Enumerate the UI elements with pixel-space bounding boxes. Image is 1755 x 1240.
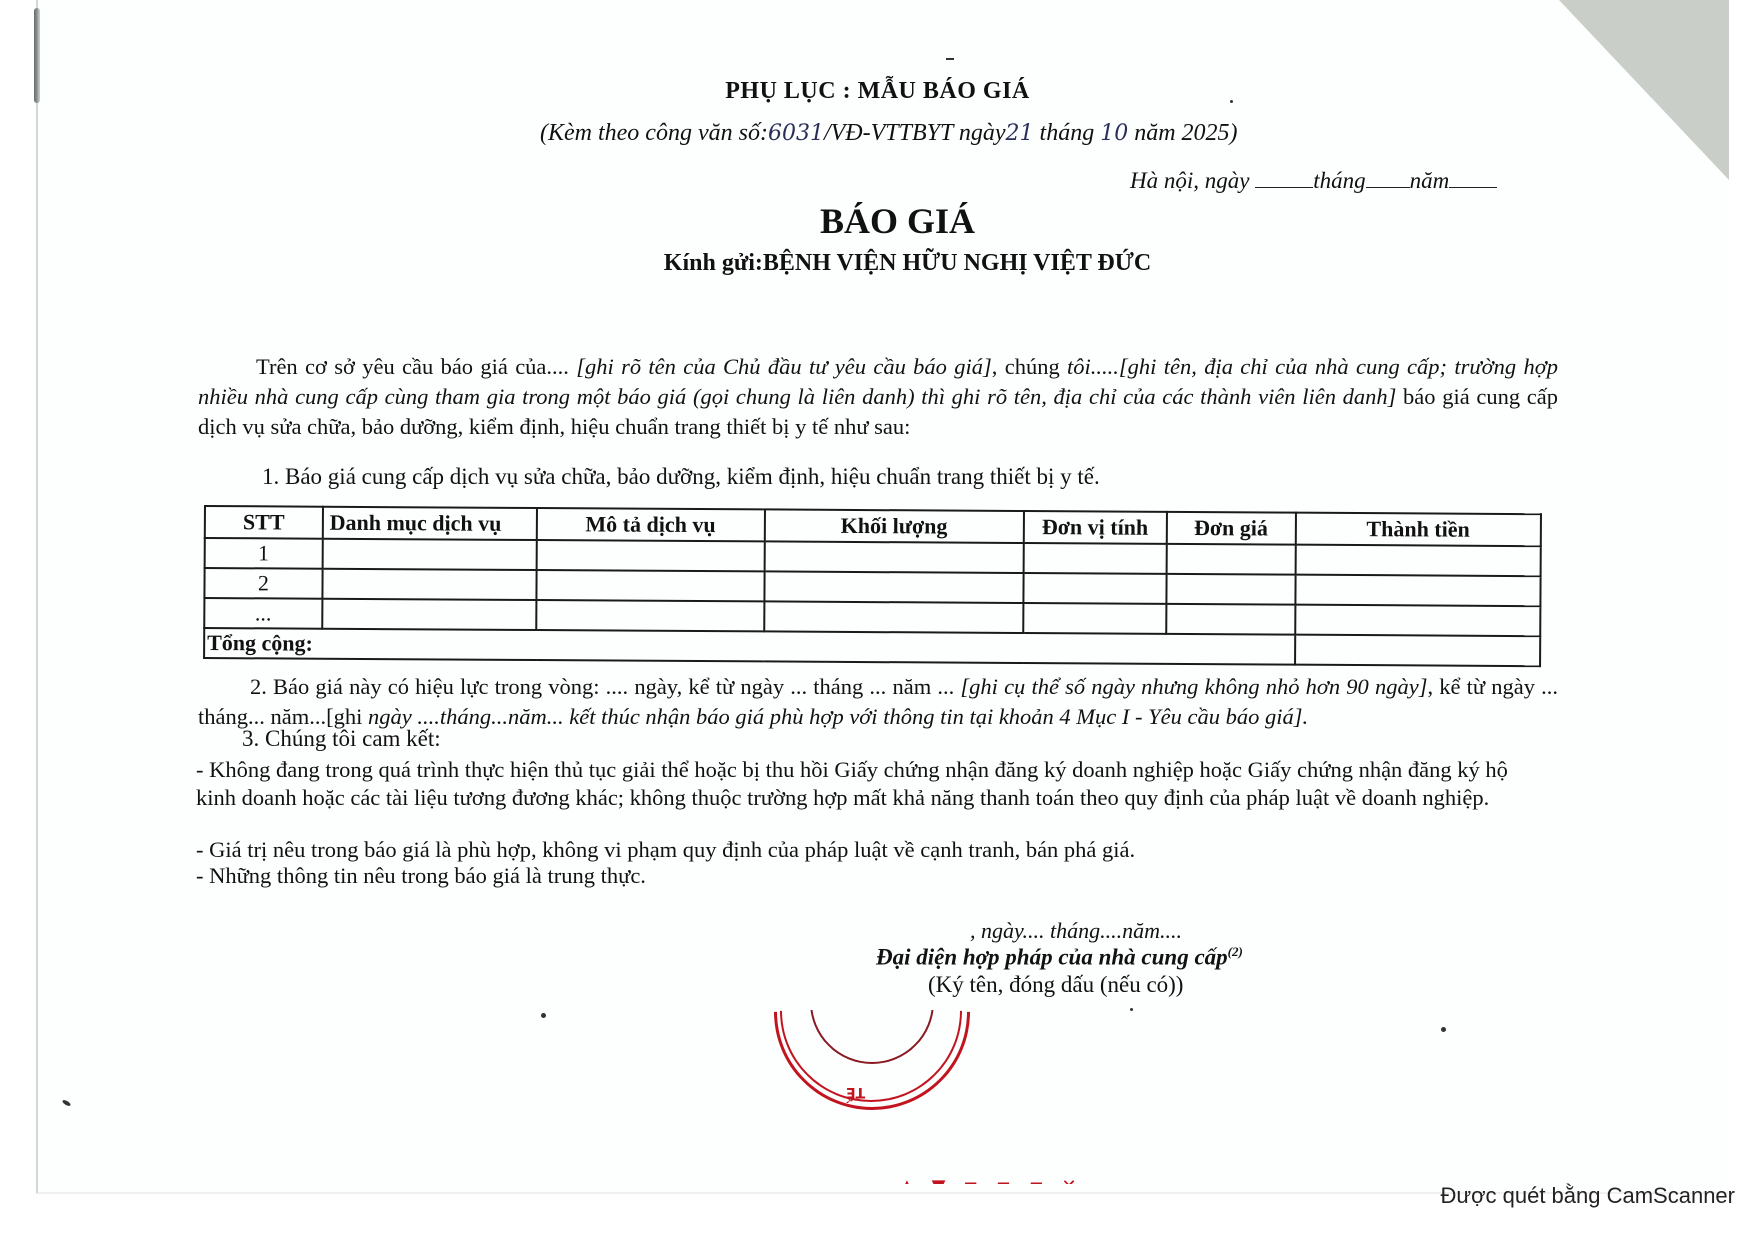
section-3-heading: 3. Chúng tôi cam kết:	[242, 726, 441, 752]
year-blank[interactable]	[1449, 169, 1497, 188]
attachment-prefix: (Kèm theo công văn số:	[540, 120, 768, 146]
recipient-line: Kính gửi:BỆNH VIỆN HỮU NGHỊ VIỆT ĐỨC	[0, 250, 1755, 277]
col-header-unit: Đơn vị tính	[1023, 511, 1166, 544]
document-title: BÁO GIÁ	[0, 200, 1755, 242]
intro-mid: , chúng	[992, 354, 1067, 379]
cell-amount[interactable]	[1295, 575, 1541, 606]
cell-stt: 1	[205, 538, 323, 569]
cell-unit-price[interactable]	[1166, 574, 1295, 605]
signature-title-text: Đại diện hợp pháp của nhà cung cấp	[876, 945, 1228, 970]
month-label: tháng	[1313, 168, 1365, 193]
year-label: năm	[1410, 168, 1450, 193]
annex-title: PHỤ LỤC : MẪU BÁO GIÁ	[0, 78, 1755, 105]
col-header-quantity: Khối lượng	[764, 509, 1023, 543]
cell-amount[interactable]	[1295, 545, 1541, 576]
cell-service-description[interactable]	[536, 540, 764, 571]
cell-unit-price[interactable]	[1166, 544, 1295, 575]
commitment-item: - Những thông tin nêu trong báo giá là t…	[196, 862, 1536, 890]
attachment-year: năm 2025)	[1128, 120, 1237, 146]
intro-lead: Trên cơ sở yêu cầu báo giá của....	[256, 354, 576, 379]
cell-amount[interactable]	[1295, 605, 1541, 636]
total-label: Tổng cộng:	[204, 628, 1295, 665]
footnote-marker: (2)	[1228, 944, 1243, 959]
seal-fragment: ▲ ▼ ≡ ≡ ≡ ✕ ⌒	[900, 1172, 1100, 1184]
cell-service-category[interactable]	[322, 599, 536, 630]
validity-note-a: [ghi cụ thể số ngày nhưng không nhỏ hơn …	[960, 674, 1427, 699]
month-blank[interactable]	[1366, 169, 1410, 188]
cell-quantity[interactable]	[764, 601, 1023, 633]
intro-paragraph: Trên cơ sở yêu cầu báo giá của.... [ghi …	[198, 352, 1558, 442]
total-amount[interactable]	[1295, 635, 1541, 666]
cell-unit-price[interactable]	[1166, 604, 1295, 635]
cell-service-category[interactable]	[322, 569, 536, 600]
validity-note-b: ngày ....tháng...năm... kết thúc nhận bá…	[368, 704, 1308, 729]
cell-stt: ...	[204, 598, 322, 629]
attachment-reference: (Kèm theo công văn số:6031/VĐ-VTTBYT ngà…	[540, 120, 1238, 147]
camscanner-watermark: Được quét bằng CamScanner	[1440, 1183, 1735, 1209]
signature-date: , ngày.... tháng....năm....	[970, 918, 1182, 944]
place-date-line: Hà nội, ngày thángnăm	[1130, 168, 1497, 194]
col-header-stt: STT	[205, 506, 323, 539]
scan-speck	[541, 1013, 546, 1018]
place-label: Hà nội, ngày	[1130, 168, 1249, 193]
scan-speck	[1441, 1027, 1446, 1032]
scan-speck	[1130, 1008, 1133, 1011]
cell-quantity[interactable]	[764, 541, 1023, 573]
section-1-heading: 1. Báo giá cung cấp dịch vụ sửa chữa, bả…	[262, 462, 1622, 492]
cell-stt: 2	[204, 568, 322, 599]
attachment-month-label: tháng	[1034, 120, 1101, 146]
handwritten-day: 21	[1006, 121, 1034, 146]
col-header-amount: Thành tiền	[1295, 513, 1541, 546]
col-header-service-description: Mô tả dịch vụ	[536, 508, 764, 541]
cell-unit[interactable]	[1023, 603, 1166, 634]
seal-text: TẾ	[846, 1084, 865, 1100]
commitment-item: - Giá trị nêu trong báo giá là phù hợp, …	[196, 836, 1536, 864]
cell-unit[interactable]	[1023, 543, 1166, 574]
company-seal: TẾ	[770, 1010, 980, 1160]
signature-title: Đại diện hợp pháp của nhà cung cấp(2)	[876, 944, 1243, 971]
scan-speck	[1230, 100, 1233, 103]
validity-text-a: 2. Báo giá này có hiệu lực trong vòng: .…	[198, 674, 960, 699]
investor-placeholder: [ghi rõ tên của Chủ đầu tư yêu cầu báo g…	[576, 354, 992, 379]
cell-unit[interactable]	[1023, 573, 1166, 604]
commitment-item: - Không đang trong quá trình thực hiện t…	[196, 756, 1536, 812]
col-header-service-category: Danh mục dịch vụ	[323, 507, 537, 540]
cell-service-description[interactable]	[536, 570, 764, 601]
attachment-doc-code: /VĐ-VTTBYT ngày	[824, 120, 1006, 146]
cell-service-category[interactable]	[322, 539, 536, 570]
cell-service-description[interactable]	[536, 600, 764, 631]
signature-note: (Ký tên, đóng dấu (nếu có))	[928, 972, 1183, 998]
margin-strip	[1729, 0, 1755, 1240]
col-header-unit-price: Đơn giá	[1166, 512, 1295, 545]
handwritten-month: 10	[1100, 121, 1128, 146]
scan-speck	[946, 58, 954, 60]
section-2-validity: 2. Báo giá này có hiệu lực trong vòng: .…	[198, 672, 1558, 732]
quotation-table: STT Danh mục dịch vụ Mô tả dịch vụ Khối …	[203, 505, 1542, 667]
day-blank[interactable]	[1255, 169, 1313, 188]
handwritten-doc-number: 6031	[768, 121, 824, 146]
cell-quantity[interactable]	[764, 571, 1023, 603]
